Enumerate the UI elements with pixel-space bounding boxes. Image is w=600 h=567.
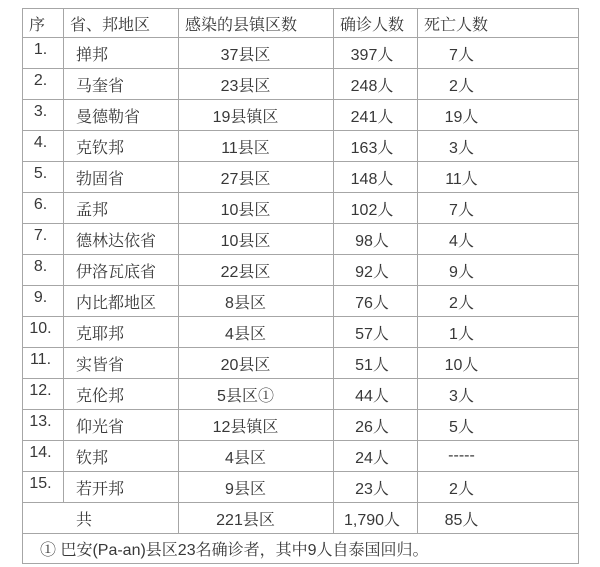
cell-townships: 37县区	[179, 38, 334, 69]
cell-deaths: 3人	[418, 131, 579, 162]
cell-region: 孟邦	[64, 193, 179, 224]
cell-confirmed: 163人	[334, 131, 418, 162]
cell-region: 内比都地区	[64, 286, 179, 317]
table-row: 11. 实皆省 20县区 51人 10人	[23, 348, 579, 379]
table-row: 9. 内比都地区 8县区 76人 2人	[23, 286, 579, 317]
table-row: 1. 掸邦 37县区 397人 7人	[23, 38, 579, 69]
page: 序 省、邦地区 感染的县镇区数 确诊人数 死亡人数 1. 掸邦 37县区 397…	[0, 0, 600, 567]
cell-deaths: 9人	[418, 255, 579, 286]
cell-townships: 19县镇区	[179, 100, 334, 131]
cell-index: 7.	[23, 224, 64, 255]
cell-townships: 12县镇区	[179, 410, 334, 441]
cell-townships: 5县区①	[179, 379, 334, 410]
cell-deaths: 4人	[418, 224, 579, 255]
cell-confirmed: 23人	[334, 472, 418, 503]
cell-townships: 11县区	[179, 131, 334, 162]
table-row: 12. 克伦邦 5县区① 44人 3人	[23, 379, 579, 410]
cell-index: 5.	[23, 162, 64, 193]
cell-confirmed: 24人	[334, 441, 418, 472]
table-row: 2. 马奎省 23县区 248人 2人	[23, 69, 579, 100]
cell-deaths: 1人	[418, 317, 579, 348]
cell-region: 马奎省	[64, 69, 179, 100]
cell-region: 克耶邦	[64, 317, 179, 348]
table-row: 4. 克钦邦 11县区 163人 3人	[23, 131, 579, 162]
table-row: 10. 克耶邦 4县区 57人 1人	[23, 317, 579, 348]
cell-townships: 22县区	[179, 255, 334, 286]
cell-index: 2.	[23, 69, 64, 100]
cell-deaths: 5人	[418, 410, 579, 441]
cell-townships: 10县区	[179, 224, 334, 255]
table-row: 6. 孟邦 10县区 102人 7人	[23, 193, 579, 224]
cell-region: 克伦邦	[64, 379, 179, 410]
cell-townships: 23县区	[179, 69, 334, 100]
cell-index: 13.	[23, 410, 64, 441]
cell-total-deaths: 85人	[418, 503, 579, 534]
table-row: 8. 伊洛瓦底省 22县区 92人 9人	[23, 255, 579, 286]
cell-confirmed: 102人	[334, 193, 418, 224]
cell-index: 11.	[23, 348, 64, 379]
cell-index: 12.	[23, 379, 64, 410]
table-row: 14. 钦邦 4县区 24人 -----	[23, 441, 579, 472]
cell-deaths: 10人	[418, 348, 579, 379]
table-row: 13. 仰光省 12县镇区 26人 5人	[23, 410, 579, 441]
cell-townships: 27县区	[179, 162, 334, 193]
cell-index: 15.	[23, 472, 64, 503]
cell-confirmed: 241人	[334, 100, 418, 131]
cell-region: 曼德勒省	[64, 100, 179, 131]
cell-deaths: 7人	[418, 38, 579, 69]
table-row: 7. 德林达依省 10县区 98人 4人	[23, 224, 579, 255]
cell-region: 钦邦	[64, 441, 179, 472]
cell-deaths: 3人	[418, 379, 579, 410]
cell-deaths: -----	[418, 441, 579, 472]
cell-total-townships: 221县区	[179, 503, 334, 534]
cell-total-confirmed: 1,790人	[334, 503, 418, 534]
cell-confirmed: 98人	[334, 224, 418, 255]
cell-townships: 4县区	[179, 441, 334, 472]
cell-deaths: 19人	[418, 100, 579, 131]
cell-confirmed: 148人	[334, 162, 418, 193]
table-row: 15. 若开邦 9县区 23人 2人	[23, 472, 579, 503]
cell-confirmed: 248人	[334, 69, 418, 100]
cell-index: 14.	[23, 441, 64, 472]
cell-confirmed: 26人	[334, 410, 418, 441]
cell-index: 10.	[23, 317, 64, 348]
cell-townships: 20县区	[179, 348, 334, 379]
footnote-row: ① 巴安(Pa-an)县区23名确诊者，其中9人自泰国回归。	[23, 534, 579, 564]
header-confirmed: 确诊人数	[334, 9, 418, 38]
cell-region: 实皆省	[64, 348, 179, 379]
header-row: 序 省、邦地区 感染的县镇区数 确诊人数 死亡人数	[23, 9, 579, 38]
cell-confirmed: 92人	[334, 255, 418, 286]
cell-index: 4.	[23, 131, 64, 162]
cell-confirmed: 76人	[334, 286, 418, 317]
cell-deaths: 11人	[418, 162, 579, 193]
header-townships: 感染的县镇区数	[179, 9, 334, 38]
header-region: 省、邦地区	[64, 9, 179, 38]
cell-region: 克钦邦	[64, 131, 179, 162]
cell-confirmed: 51人	[334, 348, 418, 379]
cell-index: 1.	[23, 38, 64, 69]
cell-region: 掸邦	[64, 38, 179, 69]
cell-region: 德林达依省	[64, 224, 179, 255]
cell-townships: 8县区	[179, 286, 334, 317]
cell-confirmed: 44人	[334, 379, 418, 410]
cell-townships: 4县区	[179, 317, 334, 348]
cell-index: 3.	[23, 100, 64, 131]
header-deaths: 死亡人数	[418, 9, 579, 38]
cell-deaths: 2人	[418, 472, 579, 503]
infection-stats-table: 序 省、邦地区 感染的县镇区数 确诊人数 死亡人数 1. 掸邦 37县区 397…	[22, 8, 579, 564]
cell-confirmed: 57人	[334, 317, 418, 348]
cell-region: 仰光省	[64, 410, 179, 441]
header-no: 序	[23, 9, 64, 38]
cell-index: 9.	[23, 286, 64, 317]
table-row: 3. 曼德勒省 19县镇区 241人 19人	[23, 100, 579, 131]
cell-region: 伊洛瓦底省	[64, 255, 179, 286]
cell-confirmed: 397人	[334, 38, 418, 69]
cell-region: 勃固省	[64, 162, 179, 193]
total-row: 共 221县区 1,790人 85人	[23, 503, 579, 534]
table-row: 5. 勃固省 27县区 148人 11人	[23, 162, 579, 193]
cell-region: 若开邦	[64, 472, 179, 503]
footnote-text: ① 巴安(Pa-an)县区23名确诊者，其中9人自泰国回归。	[23, 534, 579, 564]
cell-deaths: 2人	[418, 69, 579, 100]
cell-townships: 10县区	[179, 193, 334, 224]
cell-index: 8.	[23, 255, 64, 286]
cell-deaths: 7人	[418, 193, 579, 224]
cell-townships: 9县区	[179, 472, 334, 503]
cell-total-label: 共	[23, 503, 179, 534]
cell-index: 6.	[23, 193, 64, 224]
cell-deaths: 2人	[418, 286, 579, 317]
